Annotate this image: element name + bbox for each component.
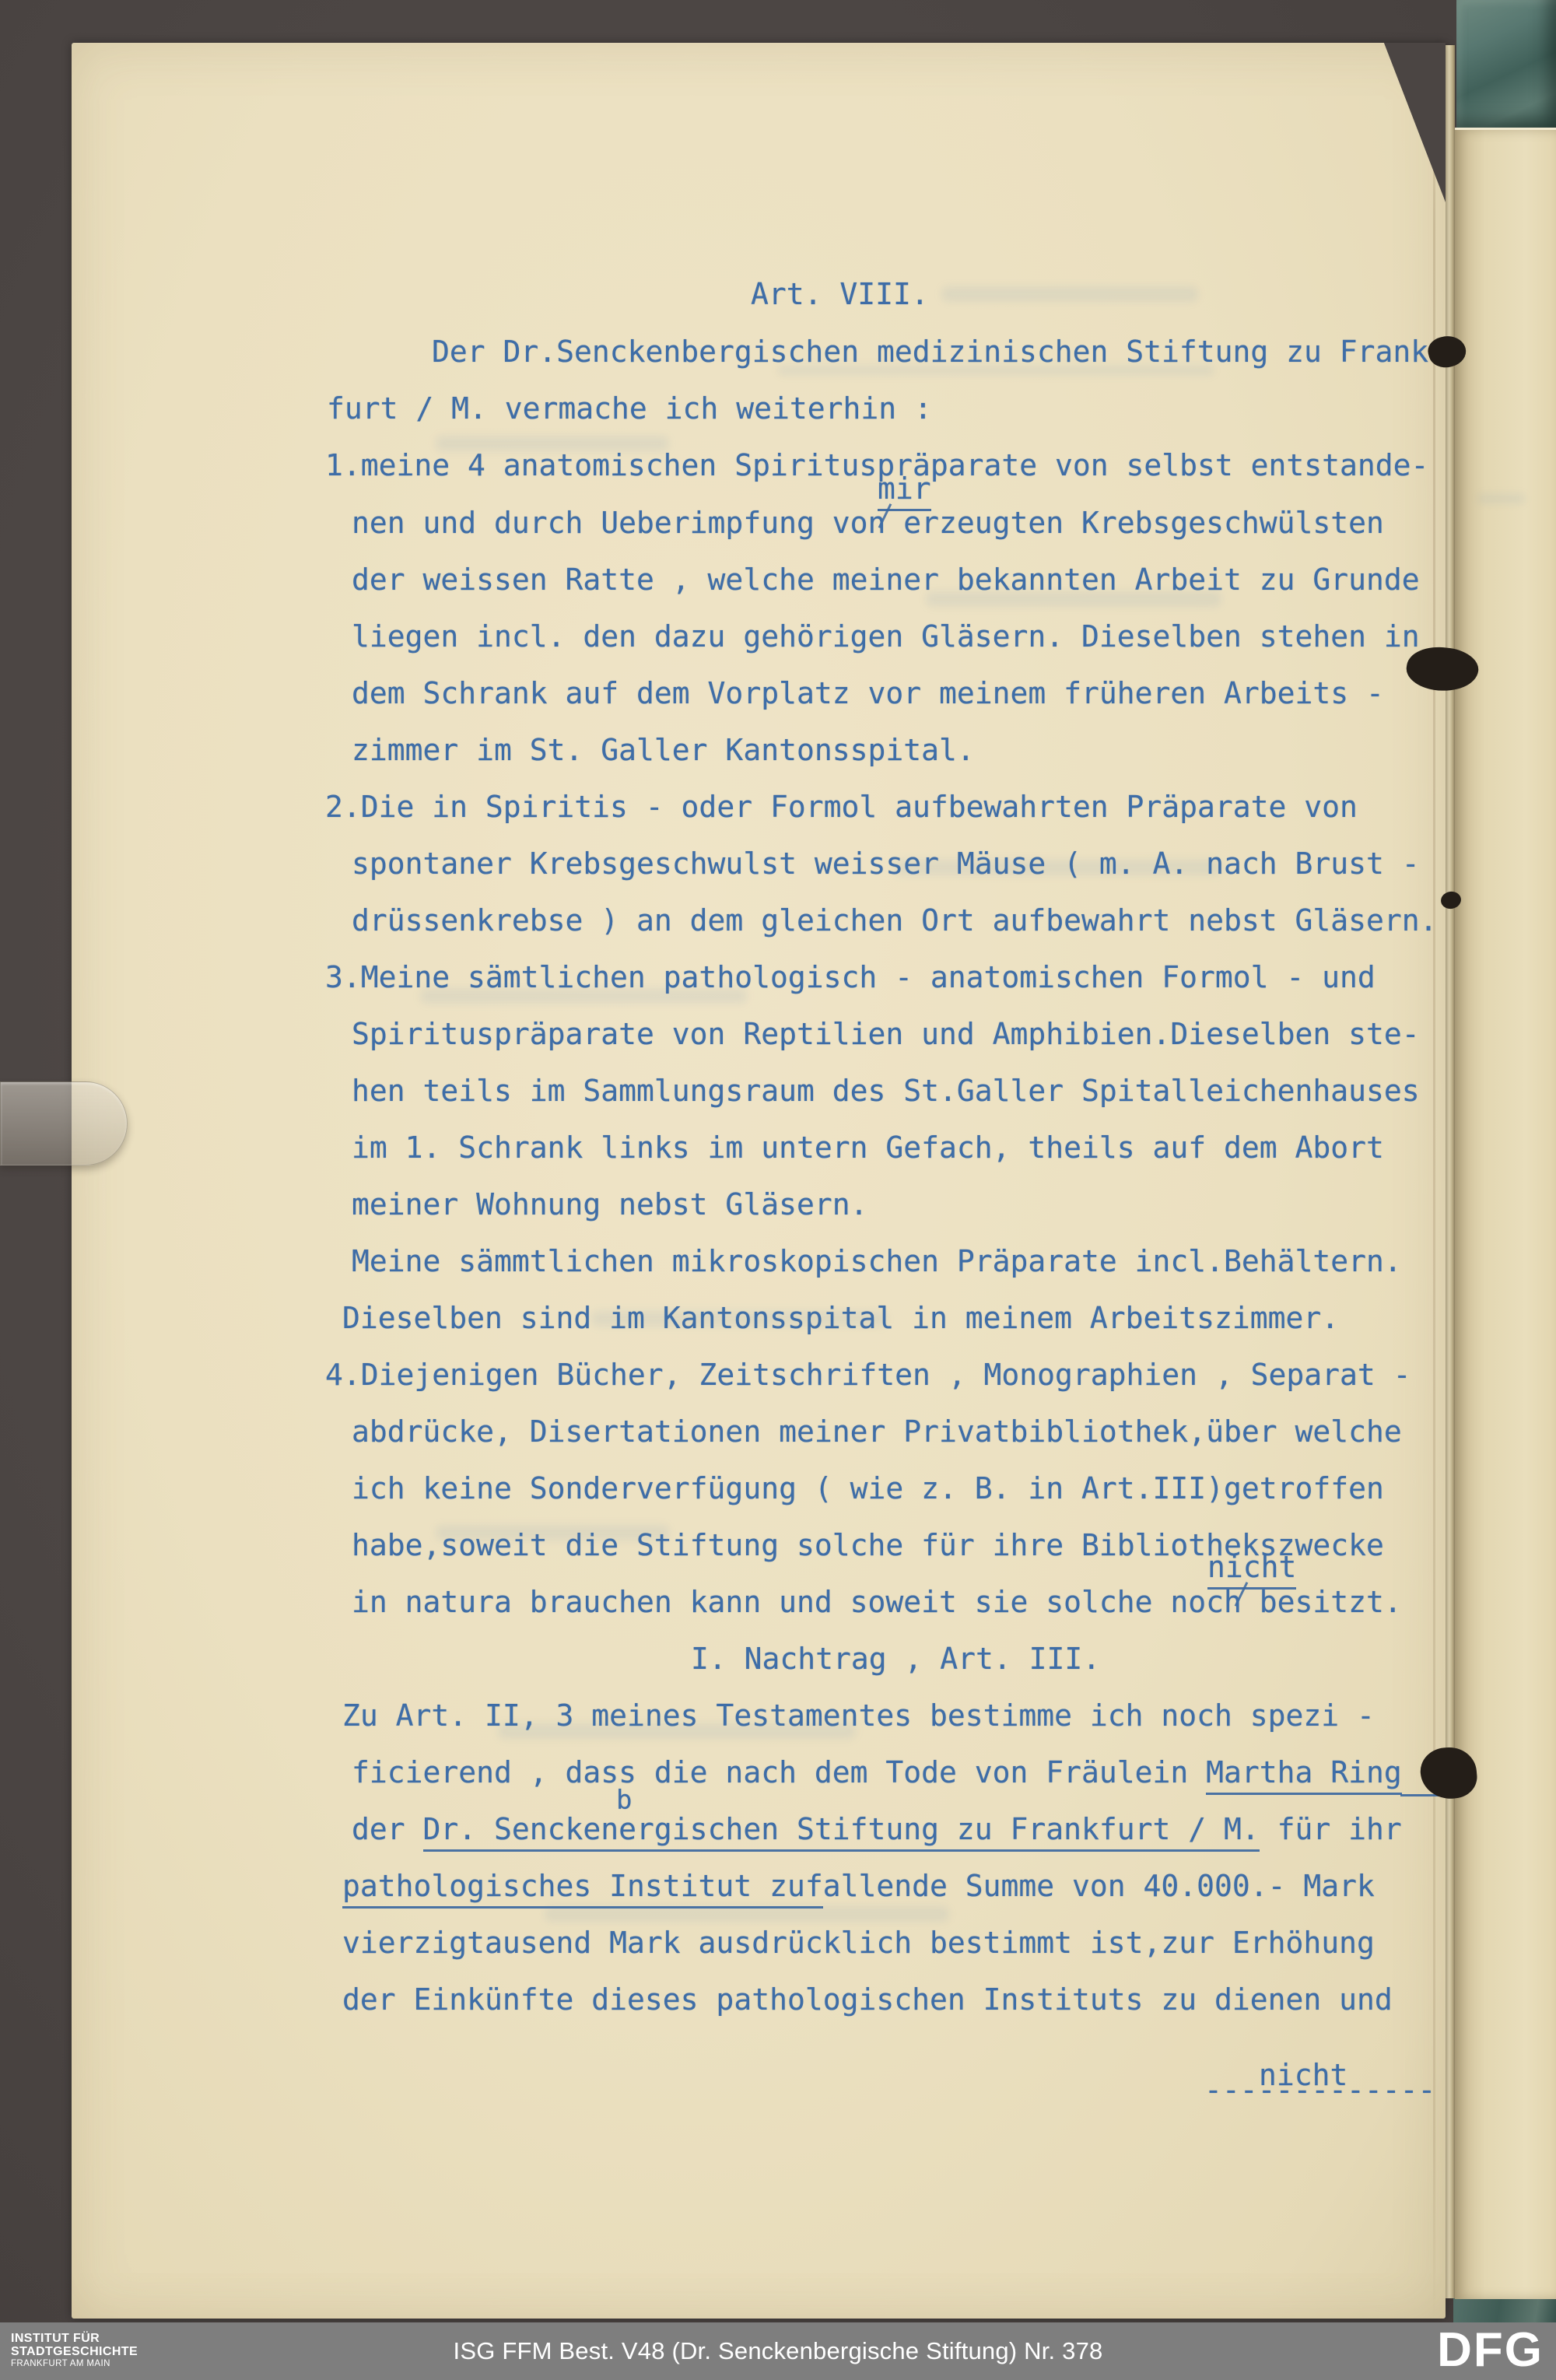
text-line: furt / M. vermache ich weiterhin : xyxy=(327,391,932,426)
text-segment: ficierend , dass die nach dem Tode von F… xyxy=(352,1755,1206,1789)
binding-cloth-top xyxy=(1456,0,1556,132)
text-line: in natura brauchen kann und soweit sie s… xyxy=(352,1585,1402,1619)
text-line: abdrücke, Disertationen meiner Privatbib… xyxy=(352,1414,1402,1449)
text-line: pathologisches Institut zufallende Summe… xyxy=(342,1869,1375,1903)
text-line: dem Schrank auf dem Vorplatz vor meinem … xyxy=(352,676,1384,710)
inserted-letter-b: b xyxy=(616,1785,632,1816)
text-line: 2.Die in Spiritis - oder Formol aufbewah… xyxy=(325,790,1358,824)
text-segment: der xyxy=(352,1812,423,1846)
text-line: Zu Art. II, 3 meines Testamentes bestimm… xyxy=(342,1698,1375,1733)
bleed-through-mark xyxy=(545,1906,949,1922)
text-line: Der Dr.Senckenbergischen medizinischen S… xyxy=(432,335,1446,369)
text-line: liegen incl. den dazu gehörigen Gläsern.… xyxy=(352,619,1420,654)
text-line: 3.Meine sämtlichen pathologisch - anatom… xyxy=(325,960,1376,994)
footer-bar: INSTITUT FÜR STADTGESCHICHTE FRANKFURT A… xyxy=(0,2322,1556,2380)
text-line: im 1. Schrank links im untern Gefach, th… xyxy=(352,1130,1384,1165)
document-page xyxy=(72,43,1446,2319)
underlined-text: pathologisches Institut zuf xyxy=(342,1869,823,1909)
text-line: der Einkünfte dieses pathologischen Inst… xyxy=(342,1982,1393,2017)
nachtrag-heading: I. Nachtrag , Art. III. xyxy=(691,1642,1100,1676)
text-line: nen und durch Ueberimpfung von erzeugten… xyxy=(352,506,1384,540)
text-line: zimmer im St. Galler Kantonsspital. xyxy=(352,733,975,767)
text-line: der weissen Ratte , welche meiner bekann… xyxy=(352,563,1420,597)
text-segment: allende Summe von 40.000.- Mark xyxy=(823,1869,1375,1903)
archive-reference: ISG FFM Best. V48 (Dr. Senckenbergische … xyxy=(0,2322,1556,2380)
archive-scan: Art. VIII. Der Dr.Senckenbergischen medi… xyxy=(0,0,1556,2380)
text-line: spontaner Krebsgeschwulst weisser Mäuse … xyxy=(352,846,1420,881)
text-line: Dieselben sind im Kantonsspital in meine… xyxy=(342,1301,1339,1335)
text-line: hen teils im Sammlungsraum des St.Galler… xyxy=(352,1074,1420,1108)
article-heading: Art. VIII. xyxy=(751,277,929,311)
text-segment: für ihr xyxy=(1260,1812,1402,1846)
text-line: ich keine Sonderverfügung ( wie z. B. in… xyxy=(352,1471,1384,1505)
bleed-through-mark xyxy=(1478,494,1525,503)
next-page-edge xyxy=(1455,128,1556,2299)
text-line: Spirituspräparate von Reptilien und Amph… xyxy=(352,1017,1420,1051)
inserted-word-nicht: nicht xyxy=(1207,1550,1296,1590)
text-line: meiner Wohnung nebst Gläsern. xyxy=(352,1187,867,1222)
text-line: 4.Diejenigen Bücher, Zeitschriften , Mon… xyxy=(325,1358,1411,1392)
underlined-text: Dr. Senckenergischen Stiftung zu Frankfu… xyxy=(423,1812,1260,1852)
text-line: Meine sämmtlichen mikroskopischen Präpar… xyxy=(352,1244,1402,1278)
page-crease xyxy=(1433,43,1435,2319)
text-line: ficierend , dass die nach dem Tode von F… xyxy=(352,1755,1402,1789)
text-line: der Dr. Senckenergischen Stiftung zu Fra… xyxy=(352,1812,1402,1846)
text-line: vierzigtausend Mark ausdrücklich bestimm… xyxy=(342,1926,1375,1960)
bleed-through-mark xyxy=(941,286,1198,302)
underlined-name: Martha Ring xyxy=(1206,1755,1402,1795)
dfg-logo: DFG xyxy=(1437,2322,1544,2378)
text-line: drüssenkrebse ) an dem gleichen Ort aufb… xyxy=(352,903,1438,938)
typed-dashed-line: ------------- xyxy=(1204,2073,1435,2107)
fastener-clip xyxy=(0,1081,128,1165)
